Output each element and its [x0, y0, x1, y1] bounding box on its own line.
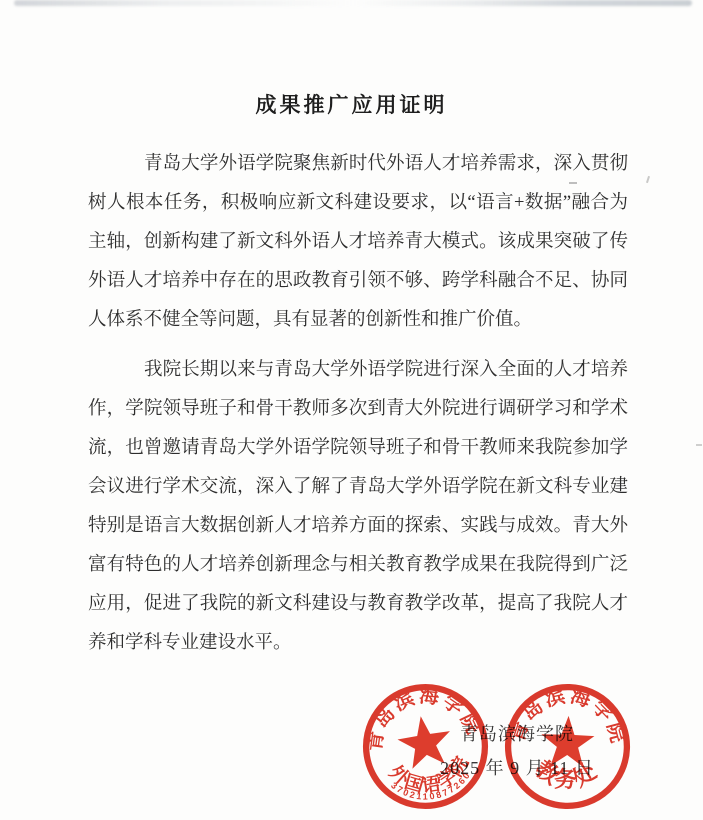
- body-line: 外语人才培养中存在的思政教育引领不够、跨学科融合不足、协同育: [88, 262, 628, 301]
- body-line: 树人根本任务，积极响应新文科建设要求，以“语言+数据”融合为: [88, 184, 628, 223]
- body-line: 我院长期以来与青岛大学外语学院进行深入全面的人才培养合: [88, 351, 628, 390]
- body-line: 青岛大学外语学院聚焦新时代外语人才培养需求，深入贯彻立德: [88, 145, 628, 184]
- official-seal-academic-affairs-office: 青岛滨海学院 教务处: [498, 677, 638, 817]
- body-line: 主轴，创新构建了新文科外语人才培养青大模式。该成果突破了传统: [88, 223, 628, 262]
- body-line: 会议进行学术交流，深入了解了青岛大学外语学院在新文科专业建设，: [88, 468, 628, 507]
- official-seal-foreign-languages-college: 青岛滨海学院 外国语学院 3702110877260: [348, 669, 502, 820]
- document-body: 青岛大学外语学院聚焦新时代外语人才培养需求，深入贯彻立德 树人根本任务，积极响应…: [88, 145, 628, 663]
- body-line: 人体系不健全等问题，具有显著的创新性和推广价值。: [88, 301, 628, 340]
- scan-speck: [646, 176, 650, 183]
- page-title: 成果推广应用证明: [0, 89, 703, 119]
- body-line: 作，学院领导班子和骨干教师多次到青大外院进行调研学习和学术交: [88, 390, 628, 429]
- body-line: 应用，促进了我院的新文科建设与教育教学改革，提高了我院人才培: [88, 585, 628, 624]
- body-line: 养和学科专业建设水平。: [88, 624, 628, 663]
- body-line: 特别是语言大数据创新人才培养方面的探索、实践与成效。青大外院: [88, 507, 628, 546]
- scan-artifact-band: [14, 0, 692, 6]
- star-icon: [394, 712, 454, 770]
- scan-speck: [696, 444, 702, 446]
- seal-inner-text: 教务处: [530, 755, 603, 793]
- body-line: 流，也曾邀请青岛大学外语学院领导班子和骨干教师来我院参加学术: [88, 429, 628, 468]
- document-page: 成果推广应用证明 青岛大学外语学院聚焦新时代外语人才培养需求，深入贯彻立德 树人…: [0, 0, 703, 820]
- body-line: 富有特色的人才培养创新理念与相关教育教学成果在我院得到广泛: [88, 546, 628, 585]
